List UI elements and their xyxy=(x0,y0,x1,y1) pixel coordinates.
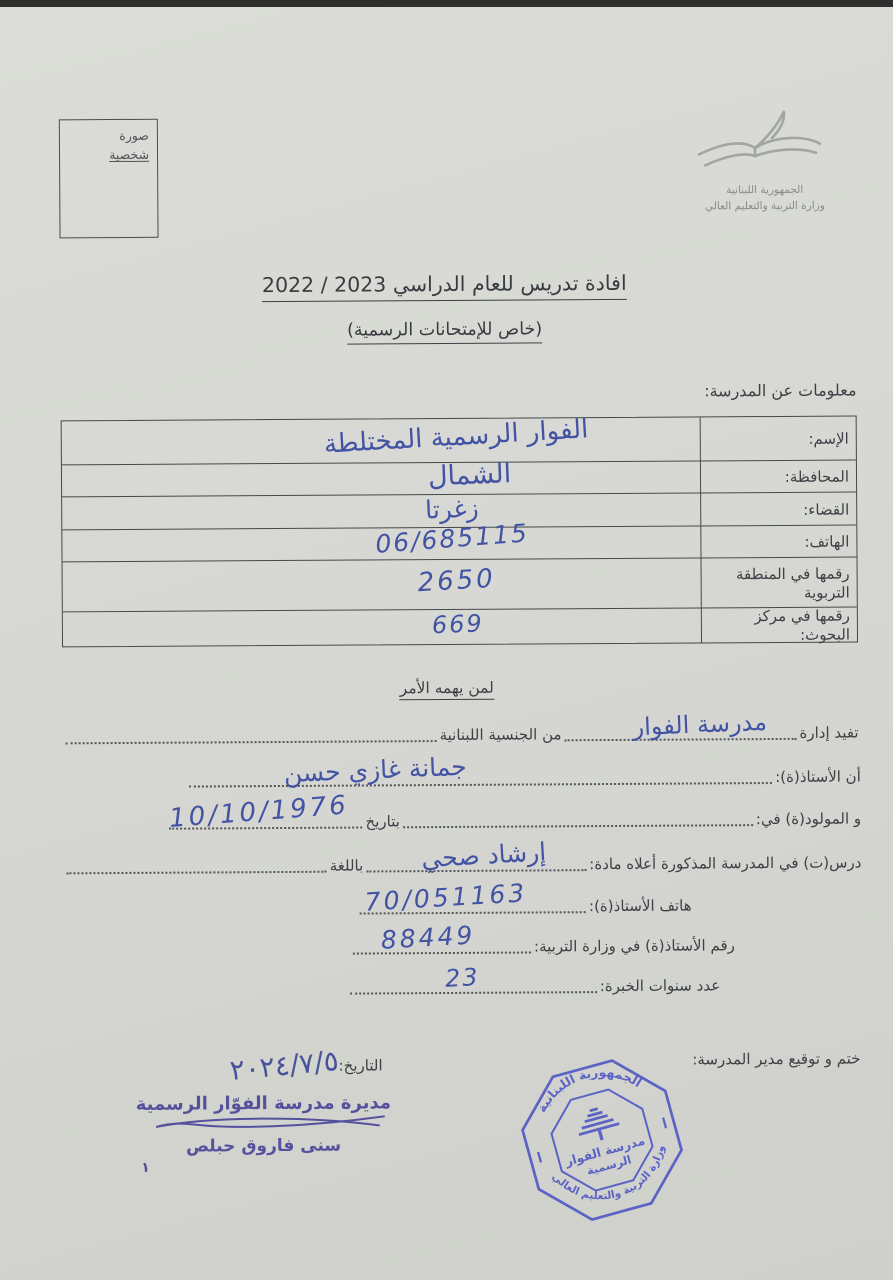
document-subtitle-wrap: (خاص للإمتحانات الرسمية) xyxy=(0,317,891,346)
date-label: التاريخ: xyxy=(339,1056,383,1074)
handwritten-subject: إرشاد صحي xyxy=(421,837,547,873)
table-row: الهاتف: 06/685115 xyxy=(62,525,856,562)
line7-prefix: عدد سنوات الخبرة: xyxy=(600,976,720,995)
dotted-fill: 10/10/1976 xyxy=(169,821,362,829)
section-heading: لمن يهمه الأمر xyxy=(400,679,494,701)
ministry-name: الجمهورية اللبنانية xyxy=(672,181,857,198)
dotted-fill: جمانة غازي حسن xyxy=(189,777,772,788)
signature-flourish xyxy=(138,1113,388,1131)
dotted-fill xyxy=(66,735,437,744)
line3-prefix: و المولود(ة) في: xyxy=(756,809,861,828)
school-info-heading: معلومات عن المدرسة: xyxy=(704,380,856,400)
row-label-name: الإسم: xyxy=(701,416,856,460)
statement-line-teacher-name: أن الأستاذ(ة): جمانة غازي حسن xyxy=(186,767,861,790)
row-value-phone: 06/685115 xyxy=(62,526,701,561)
line6-prefix: رقم الأستاذ(ة) في وزارة التربية: xyxy=(534,936,735,956)
handwritten-school-name: الفوار الرسمية المختلطة xyxy=(173,414,589,468)
table-row: رقمها في المنطقة التربوية 2650 xyxy=(63,557,857,612)
handwritten-date: ٢٠٢٤/٧/٥ xyxy=(228,1044,340,1087)
photo-box-line2: شخصية xyxy=(60,145,149,165)
principal-name: سنى فاروق حبلص xyxy=(121,1135,406,1157)
line4-prefix: درس(ت) في المدرسة المذكورة أعلاه مادة: xyxy=(589,853,861,873)
personal-photo-box: صورة شخصية xyxy=(59,119,159,239)
document-sheet: صورة شخصية الجمهورية اللبنانية وزارة الت… xyxy=(0,0,893,1280)
dotted-fill: مدرسة الفوار xyxy=(565,733,797,741)
dotted-fill: 23 xyxy=(350,986,597,995)
line2-prefix: أن الأستاذ(ة): xyxy=(775,767,861,786)
document-title: افادة تدريس للعام الدراسي 2022 / 2023 xyxy=(262,271,627,302)
seal-signature-label: ختم و توقيع مدير المدرسة: xyxy=(692,1049,860,1068)
handwritten-ministry-number: 88449 xyxy=(380,920,476,954)
row-label-governorate: المحافظة: xyxy=(701,460,856,492)
handwritten-teacher-phone: 70/051163 xyxy=(364,878,528,916)
statement-line-birth: و المولود(ة) في: بتاريخ 10/10/1976 xyxy=(166,809,861,832)
row-value-research-number: 669 xyxy=(63,608,702,646)
statement-line-experience: عدد سنوات الخبرة: 23 xyxy=(347,976,720,997)
cedar-tree-icon xyxy=(573,1103,622,1146)
row-label-region-number: رقمها في المنطقة التربوية xyxy=(702,557,857,607)
row-value-district: زغرتا xyxy=(62,493,701,529)
stamp-side-dash-right xyxy=(662,1117,667,1128)
table-row: الإسم: الفوار الرسمية المختلطة xyxy=(62,416,856,465)
handwritten-school: مدرسة الفوار xyxy=(632,707,767,740)
handwritten-region-number: 2650 xyxy=(267,563,497,606)
stamp-side-dash-left xyxy=(537,1152,542,1163)
statement-line-ministry-number: رقم الأستاذ(ة) في وزارة التربية: 88449 xyxy=(350,936,735,957)
row-value-name: الفوار الرسمية المختلطة xyxy=(62,417,701,464)
dotted-fill: 70/051163 xyxy=(360,906,586,914)
ink-mark: ١ xyxy=(141,1160,150,1176)
ministry-dept: وزارة التربية والتعليم العالي xyxy=(672,198,857,215)
table-row: المحافظة: الشمال xyxy=(62,460,856,497)
academic-year: 2022 / 2023 xyxy=(262,272,386,297)
line1-suffix: من الجنسية اللبنانية xyxy=(439,725,561,744)
stamp-ring-top-text: الجمهورية اللبنانية xyxy=(528,1053,647,1117)
line4-suffix: باللغة xyxy=(330,857,364,876)
row-value-region-number: 2650 xyxy=(63,558,702,611)
handwritten-birth-date: 10/10/1976 xyxy=(168,790,350,834)
principal-stamp-text: مديرة مدرسة الفوّار الرسمية سنى فاروق حب… xyxy=(121,1092,406,1157)
statement-line-administration: تفيد إدارة مدرسة الفوار من الجنسية اللبن… xyxy=(63,723,859,747)
handwritten-experience-years: 23 xyxy=(444,963,480,993)
row-label-research-number: رقمها في مركز البحوث: xyxy=(702,607,857,642)
dotted-fill xyxy=(403,819,753,828)
document-title-wrap: افادة تدريس للعام الدراسي 2022 / 2023 xyxy=(0,269,891,303)
principal-title: مديرة مدرسة الفوّار الرسمية xyxy=(121,1092,406,1115)
ministry-header-text: الجمهورية اللبنانية وزارة التربية والتعل… xyxy=(672,181,857,215)
handwritten-teacher-name: جمانة غازي حسن xyxy=(283,751,467,787)
row-value-governorate: الشمال xyxy=(62,461,701,496)
row-label-phone: الهاتف: xyxy=(701,525,856,557)
line1-prefix: تفيد إدارة xyxy=(799,723,858,742)
school-info-table: الإسم: الفوار الرسمية المختلطة المحافظة:… xyxy=(61,415,858,647)
document-title-text: افادة تدريس للعام الدراسي xyxy=(393,271,627,296)
school-stamp: الجمهورية اللبنانية وزارة التربية والتعل… xyxy=(511,1049,694,1232)
table-row: رقمها في مركز البحوث: 669 xyxy=(63,607,857,646)
row-label-district: القضاء: xyxy=(701,492,856,525)
date-row: التاريخ: ٢٠٢٤/٧/٥ xyxy=(62,1048,382,1083)
dotted-fill: إرشاد صحي xyxy=(366,864,586,872)
dotted-fill xyxy=(66,865,326,874)
document-subtitle: (خاص للإمتحانات الرسمية) xyxy=(347,319,542,344)
photo-box-line1: صورة xyxy=(60,126,149,146)
ministry-logo-book-icon xyxy=(689,106,849,181)
statement-line-subject: درس(ت) في المدرسة المذكورة أعلاه مادة: إ… xyxy=(63,853,861,877)
dotted-fill: 88449 xyxy=(353,946,531,954)
line3-mid: بتاريخ xyxy=(365,812,399,831)
line5-prefix: هاتف الأستاذ(ة): xyxy=(589,897,692,916)
handwritten-research-number: 669 xyxy=(281,609,484,645)
statement-line-teacher-phone: هاتف الأستاذ(ة): 70/051163 xyxy=(357,897,692,918)
section-heading-wrap: لمن يهمه الأمر xyxy=(0,675,893,702)
